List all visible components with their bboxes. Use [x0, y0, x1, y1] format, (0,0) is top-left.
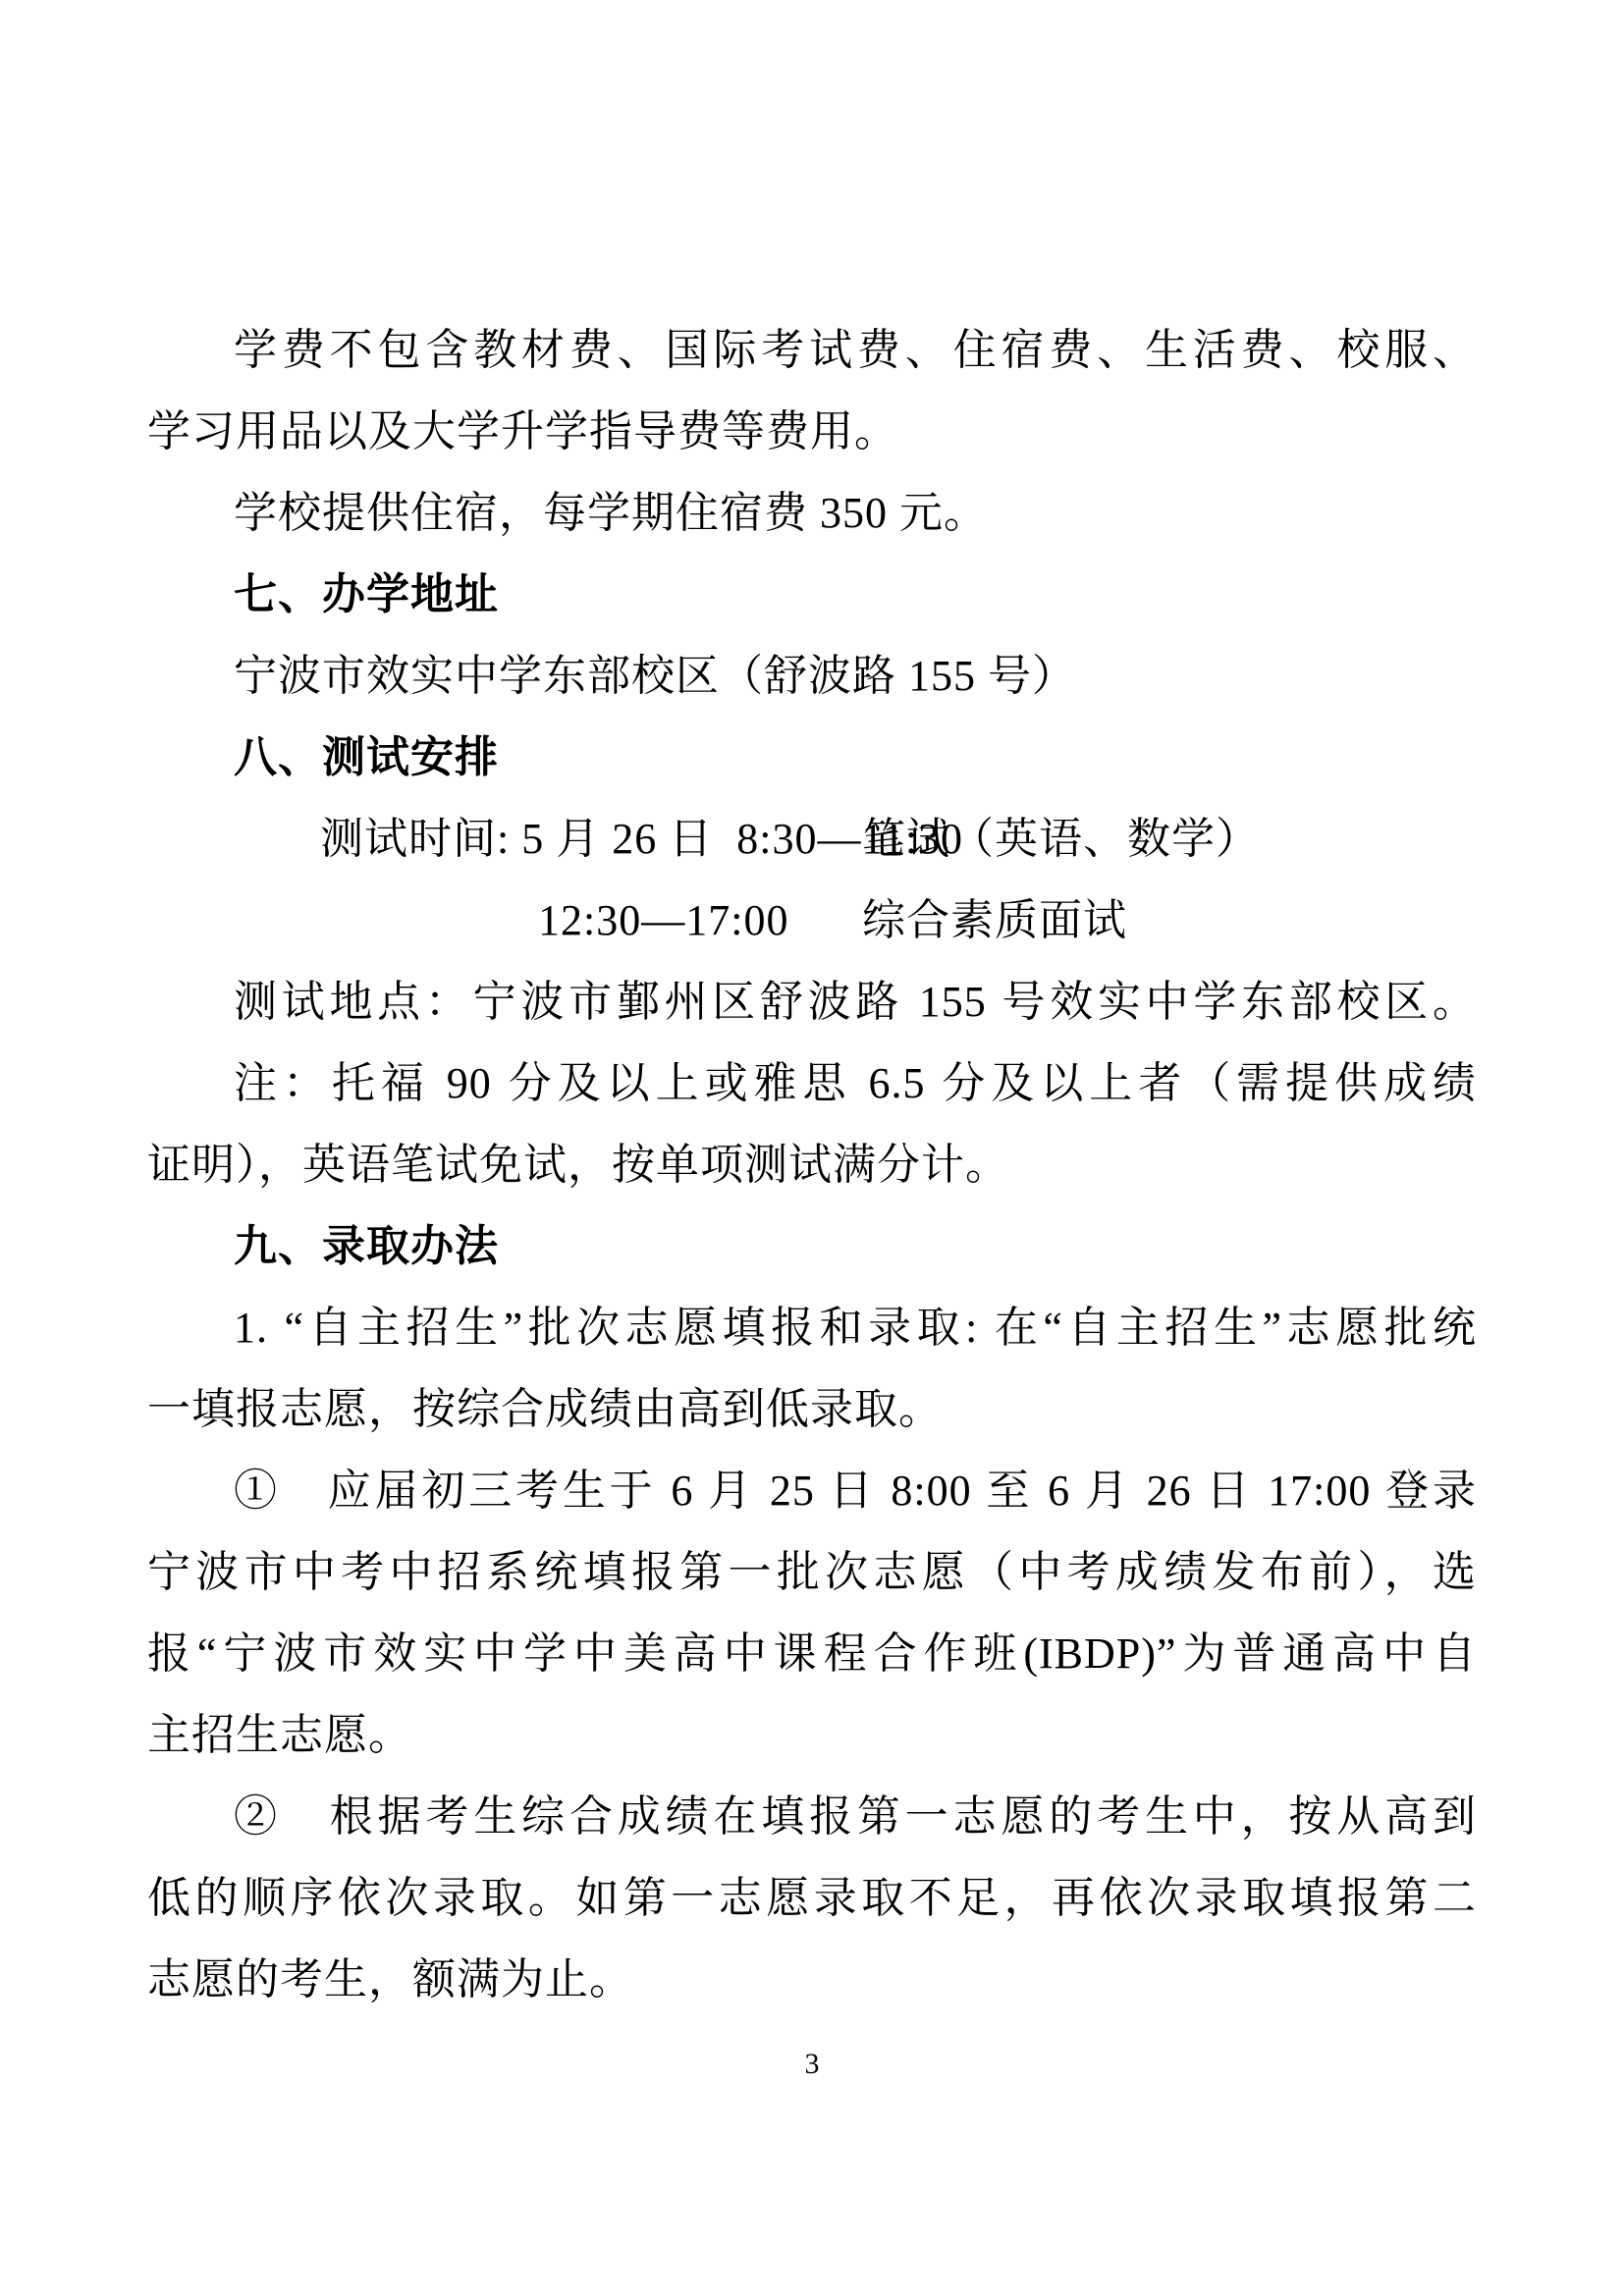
accommodation-line: 学校提供住宿，每学期住宿费 350 元。	[147, 472, 1477, 554]
test-time-line-1: 测试时间: 5 月 26 日 8:30—11:30笔试（英语、数学）	[147, 798, 1477, 880]
admission-sub2-line-2: 低的顺序依次录取。如第一志愿录取不足，再依次录取填报第二	[147, 1857, 1477, 1939]
document-page: 学费不包含教材费、国际考试费、住宿费、生活费、校服、 学习用品以及大学升学指导费…	[0, 0, 1624, 2296]
test-time-morning: 测试时间: 5 月 26 日 8:30—11:30	[234, 798, 862, 880]
admission-item1-line-2: 一填报志愿，按综合成绩由高到低录取。	[147, 1368, 1477, 1450]
heading-admission-method: 九、录取办法	[147, 1205, 1477, 1287]
test-session-written: 笔试（英语、数学）	[862, 815, 1260, 863]
fees-exclusion-line-2: 学习用品以及大学升学指导费等费用。	[147, 391, 1477, 472]
test-time-afternoon: 12:30—17:00	[538, 880, 862, 961]
fees-exclusion-line-1: 学费不包含教材费、国际考试费、住宿费、生活费、校服、	[147, 309, 1477, 391]
admission-sub1-line-1: ① 应届初三考生于 6 月 25 日 8:00 至 6 月 26 日 17:00…	[147, 1450, 1477, 1531]
admission-sub1-line-3: 报“宁波市效实中学中美高中课程合作班(IBDP)”为普通高中自	[147, 1613, 1477, 1694]
heading-test-arrangement: 八、测试安排	[147, 717, 1477, 798]
page-number: 3	[0, 2045, 1624, 2084]
admission-sub2-line-1: ② 根据考生综合成绩在填报第一志愿的考生中，按从高到	[147, 1776, 1477, 1857]
admission-sub2-line-3: 志愿的考生，额满为止。	[147, 1939, 1477, 2020]
test-session-interview: 综合素质面试	[862, 896, 1127, 944]
admission-sub1-line-2: 宁波市中考中招系统填报第一批次志愿（中考成绩发布前），选	[147, 1531, 1477, 1613]
note-line-1: 注：托福 90 分及以上或雅思 6.5 分及以上者（需提供成绩	[147, 1042, 1477, 1124]
address-line: 宁波市效实中学东部校区（舒波路 155 号）	[147, 635, 1477, 717]
note-line-2: 证明），英语笔试免试，按单项测试满分计。	[147, 1124, 1477, 1205]
document-body: 学费不包含教材费、国际考试费、住宿费、生活费、校服、 学习用品以及大学升学指导费…	[0, 0, 1624, 2020]
test-location-line: 测试地点：宁波市鄞州区舒波路 155 号效实中学东部校区。	[147, 961, 1477, 1042]
admission-item1-line-1: 1. “自主招生”批次志愿填报和录取: 在“自主招生”志愿批统	[147, 1287, 1477, 1368]
test-time-line-2: 12:30—17:00综合素质面试	[147, 880, 1477, 961]
heading-school-address: 七、办学地址	[147, 554, 1477, 635]
admission-sub1-line-4: 主招生志愿。	[147, 1694, 1477, 1776]
